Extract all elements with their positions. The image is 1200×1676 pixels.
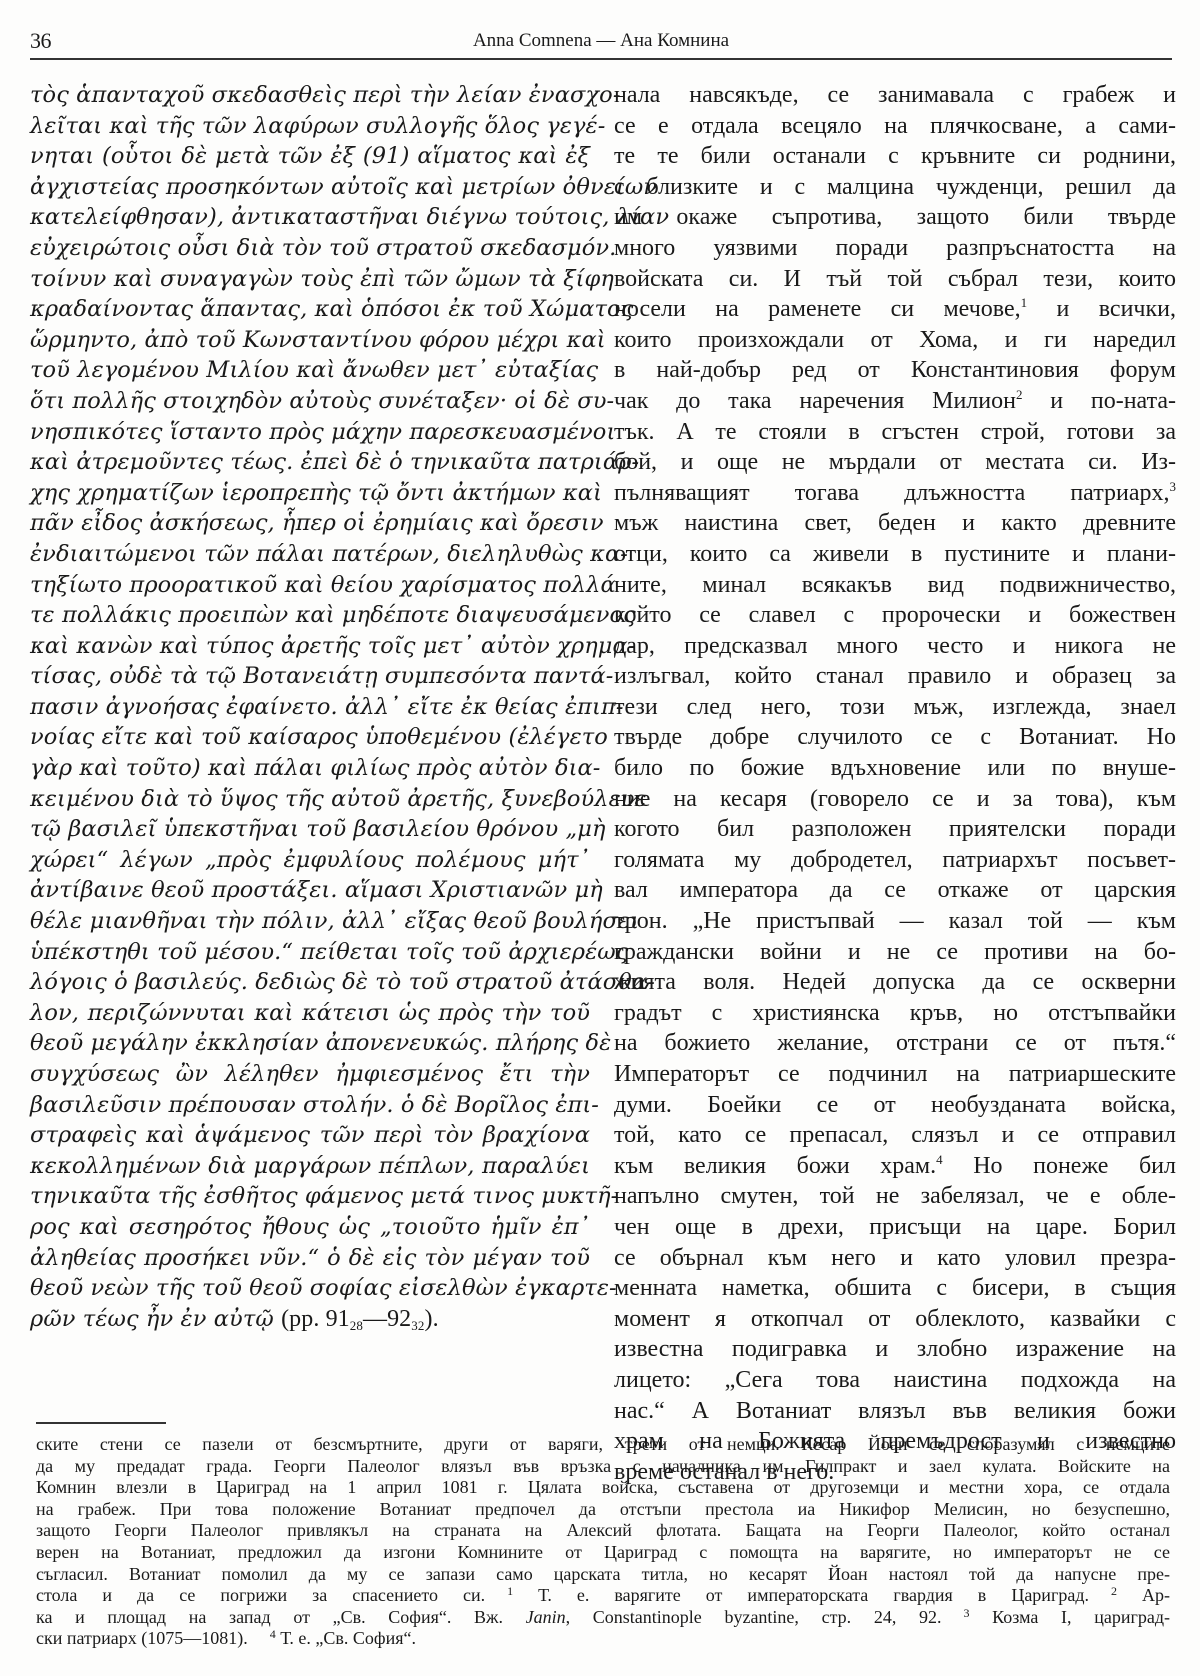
text: ски патриарх (1075—1081). [36,1628,248,1648]
greek-line: τίσας, οὐδὲ τὰ τῷ Βοτανειάτῃ συμπεσόντα … [30,661,590,692]
greek-line: κατελείφθησαν), ἀντικαταστῆναι διέγνω το… [30,202,590,233]
text: стола и да се погрижи за спасението си. [36,1585,485,1605]
greek-line: κεκολλημένων διὰ μαργάρων πέπλων, παραλύ… [30,1151,590,1182]
translation-line: трон. „Не пристъпвай — казал той — към [614,906,1176,937]
greek-line: τοῦ λεγομένου Μιλίου καὶ ἄνωθεν μετ᾽ εὐτ… [30,355,590,386]
text: ка и площад на запад от „Св. София“. Вж. [36,1607,503,1627]
greek-line: νησπικότες ἵσταντο πρὸς μάχην παρεσκευασ… [30,417,590,448]
footnote-line: стола и да се погрижи за спасението си.1… [36,1585,1170,1607]
footnote-line: на грабеж. При това положение Вотаниат п… [36,1499,1170,1521]
footnote-4-text: Т. е. „Св. София“. [280,1628,416,1648]
translation-line: се обърнал към него и като уловил презра… [614,1243,1176,1274]
greek-line: καὶ ἀτρεμοῦντες τέως. ἐπεὶ δὲ ὁ τηνικαῦτ… [30,447,590,478]
translation-line: на божието желание, отстрани се от пътя.… [614,1028,1176,1059]
translation-line: много уязвими поради разпръснатостта на [614,233,1176,264]
translation-line: им окаже съпротива, защото били твърде [614,202,1176,233]
greek-line: τε πολλάκις προειπὼν καὶ μηδέποτε διαψευ… [30,600,590,631]
greek-line: λεῖται καὶ τῆς τῶν λαφύρων συλλογῆς ὅλος… [30,111,590,142]
translation-line: войската си. И тъй той събрал тези, коит… [614,264,1176,295]
greek-line: ὥρμηντο, ἀπὸ τοῦ Κωνσταντίνου φόρου μέχρ… [30,325,590,356]
translation-line: които произхождали от Хома, и ги наредил [614,325,1176,356]
translation-line: тези след него, този мъж, изглежда, знае… [614,692,1176,723]
greek-text: ρῶν τέως ἦν ἐν αὐτῷ [30,1306,274,1332]
translation-line: менната наметка, обшита с бисери, в същи… [614,1273,1176,1304]
translation-line: дар, предсказвал много често и никога не [614,631,1176,662]
translation-line: в най-добър ред от Константиновия форум [614,355,1176,386]
translation-line: отци, които са живели в пустините и план… [614,539,1176,570]
greek-line: ἐνδιαιτώμενοι τῶν πάλαι πατέρων, διεληλυ… [30,539,590,570]
translation-line: се е отдала всецяло на плячкосване, а са… [614,111,1176,142]
greek-line: πασιν ἀγνοήσας ἐφαίνετο. ἀλλ᾽ εἴτε ἐκ θε… [30,692,590,723]
ref-prefix: (pp. 91 [281,1306,350,1332]
text: към великия божи храм. [614,1153,936,1179]
translation-line: голямата му добродетел, патриархът посъв… [614,845,1176,876]
translation-line: с близките и с малцина чужденци, решил д… [614,172,1176,203]
greek-line: κειμένου διὰ τὸ ὕψος τῆς αὐτοῦ ἀρετῆς, ξ… [30,784,590,815]
text: , Constantinople byzantine, стр. 24, 92. [566,1607,942,1627]
greek-line: θεοῦ μεγάλην ἐκκλησίαν ἀπονενευκώς. πλήρ… [30,1028,590,1059]
translation-line: тък. А те стояли в сгъстен строй, готови… [614,417,1176,448]
translation-line: излъгвал, който станал правило и образец… [614,661,1176,692]
text: чак до така наречения Милион [614,388,1016,414]
greek-line: τηνικαῦτα τῆς ἐσθῆτος φάμενος μετά τινος… [30,1181,590,1212]
greek-line: γὰρ καὶ τοῦτο) καὶ πάλαι φιλίως πρὸς αὐτ… [30,753,590,784]
footnote-line: да му предадат града. Георги Палеолог вл… [36,1456,1170,1478]
ref-subscript: 28 [350,1318,363,1333]
translation-line: мъж наистина свет, беден и както древнит… [614,508,1176,539]
bulgarian-translation-column: нала навсякъде, се занимавала с грабеж и… [614,80,1176,1487]
footnote-line: съгласил. Вотаниат помолил да му се запа… [36,1564,1170,1586]
greek-line: τῷ βασιλεῖ ὑπεκστῆναι τοῦ βασιλείου θρόν… [30,814,590,845]
footnote-marker: 3 [1170,479,1177,494]
translation-line: момент я откопчал от облеклото, казвайки… [614,1304,1176,1335]
greek-line: ἀντίβαινε θεοῦ προστάξει. αἵμασι Χριστια… [30,875,590,906]
footnote-3-text: Козма I, цариград- [992,1607,1170,1627]
page-reference: (pp. 9128—9232). [281,1306,439,1332]
translation-line: било по божие вдъхновение или по внуше- [614,753,1176,784]
header-rule [30,58,1172,60]
translation-line: който се славел с пророчески и божествен [614,600,1176,631]
footnote-number: 4 [270,1627,276,1641]
translation-line: те те били останали с кръвните си роднин… [614,141,1176,172]
greek-line: στραφεὶς καὶ ἁψάμενος τῶν περὶ τὸν βραχί… [30,1120,590,1151]
greek-line: ἀγχιστείας προσηκόντων αὐτοῖς καὶ μετρίω… [30,172,590,203]
footnote-1-text: Т. е. варягите от императорската гвардия… [538,1585,1089,1605]
greek-line: ὅτι πολλῆς στοιχηδὸν αὐτοὺς συνέταξεν· ο… [30,386,590,417]
translation-line: нала навсякъде, се занимавала с грабеж и [614,80,1176,111]
translation-line: нас.“ А Вотаниат влязъл във великия божи [614,1396,1176,1427]
greek-line: ρος καὶ σεσηρότος ἤθους ὡς „τοιοῦτο ἡμῖν… [30,1212,590,1243]
translation-line: бой, и още не мърдали от местата си. Из- [614,447,1176,478]
greek-line: τὸς ἁπανταχοῦ σκεδασθεὶς περὶ τὴν λείαν … [30,80,590,111]
translation-line: вал императора да се откаже от царския [614,875,1176,906]
text: и всички, [1027,296,1176,322]
translation-line: известна подигравка и злобно изражение н… [614,1334,1176,1365]
greek-line: χώρει“ λέγων „πρὸς ἐμφυλίους πολέμους μή… [30,845,590,876]
footnote-line-last: ски патриарх (1075—1081).4 Т. е. „Св. Со… [36,1628,1170,1650]
greek-line: ἀληθείας προσήκει νῦν.“ ὁ δὲ εἰς τὸν μέγ… [30,1243,590,1274]
greek-line: χης χρηματίζων ἱεροπρεπὴς τῷ ὄντι ἀκτήμω… [30,478,590,509]
ref-mid: —92 [363,1306,411,1332]
translation-line-with-footnote: пълняващият тогава длъжността патриарх,3 [614,478,1176,509]
translation-line: думи. Боейки се от необузданата войска, [614,1090,1176,1121]
ref-suffix: ). [425,1306,439,1332]
greek-line: θεοῦ νεὼν τῆς τοῦ θεοῦ σοφίας εἰσελθὼν ἐ… [30,1273,590,1304]
translation-line-with-footnote: към великия божи храм.4 Но понеже бил [614,1151,1176,1182]
footnotes: ските стени се пазели от безсмъртните, д… [36,1434,1170,1650]
greek-line: νοίας εἴτε καὶ τοῦ καίσαρος ὑποθεμένου (… [30,722,590,753]
footnote-2-text: Ар- [1142,1585,1170,1605]
greek-text-column: τὸς ἁπανταχοῦ σκεδασθεὶς περὶ τὴν λείαν … [30,80,590,1334]
greek-line: εὐχειρώτοις οὖσι διὰ τὸν τοῦ στρατοῦ σκε… [30,233,590,264]
greek-line: θέλε μιανθῆναι τὴν πόλιν, ἀλλ᾽ εἴξας θεο… [30,906,590,937]
translation-line: когото бил разположен приятелски поради [614,814,1176,845]
translation-line: лицето: „Сега това наистина подхожда на [614,1365,1176,1396]
greek-line: τηξίωτο προορατικοῦ καὶ θείου χαρίσματος… [30,570,590,601]
footnote-number: 2 [1111,1584,1117,1598]
translation-line: ните, минал всякакъв вид подвижничество, [614,570,1176,601]
cited-author: Janin [526,1607,566,1627]
greek-line: ὑπέκστηθι τοῦ μέσου.“ πείθεται τοῖς τοῦ … [30,937,590,968]
greek-line: λόγοις ὁ βασιλεύς. δεδιὼς δὲ τὸ τοῦ στρα… [30,967,590,998]
greek-line-last: ρῶν τέως ἦν ἐν αὐτῷ (pp. 9128—9232). [30,1304,590,1335]
translation-line-with-footnote: чак до така наречения Милион2 и по-ната- [614,386,1176,417]
translation-line: чен още в дрехи, присъщи на царе. Борил [614,1212,1176,1243]
greek-line: βασιλεῦσιν πρέπουσαν στολήν. ὁ δὲ Βορῖλο… [30,1090,590,1121]
footnote-line: верен на Вотаниат, предложил да изгони К… [36,1542,1170,1564]
greek-line: καὶ κανὼν καὶ τύπος ἀρετῆς τοῖς μετ᾽ αὐτ… [30,631,590,662]
translation-line: ние на кесаря (говорело се и за това), к… [614,784,1176,815]
text: Но понеже бил [943,1153,1176,1179]
greek-line: τοίνυν καὶ συναγαγὼν τοὺς ἐπὶ τῶν ὤμων τ… [30,264,590,295]
translation-line: граждански войни и не се противи на бо- [614,937,1176,968]
translation-line: жията воля. Недей допуска да се оскверни [614,967,1176,998]
footnote-line: защото Георги Палеолог привлякъл на стра… [36,1520,1170,1542]
footnote-line: Комнин влезли в Цариград на 1 април 1081… [36,1477,1170,1499]
greek-line: συγχύσεως ὢν λέληθεν ἠμφιεσμένος ἔτι τὴν [30,1059,590,1090]
translation-line: той, като се препасал, слязъл и се отпра… [614,1120,1176,1151]
text: пълняващият тогава длъжността патриарх, [614,480,1170,506]
greek-line: πᾶν εἶδος ἀσκήσεως, ἧπερ οἱ ἐρημίαις καὶ… [30,508,590,539]
text: носели на раменете си мечове, [614,296,1021,322]
text: и по-ната- [1022,388,1176,414]
footnote-number: 1 [507,1584,513,1598]
greek-line: λον, περιζώννυται καὶ κάτεισι ὡς πρὸς τὴ… [30,998,590,1029]
running-title: Anna Comnena — Ана Комнина [30,30,1172,52]
translation-line: градът с християнска кръв, но отстъпвайк… [614,998,1176,1029]
greek-line: νηται (οὗτοι δὲ μετὰ τῶν ἐξ (91) αἵματος… [30,141,590,172]
footnote-line: ските стени се пазели от безсмъртните, д… [36,1434,1170,1456]
translation-line: Императорът се подчинил на патриаршескит… [614,1059,1176,1090]
footnote-line: ка и площад на запад от „Св. София“. Вж.… [36,1607,1170,1629]
footnote-number: 3 [964,1606,970,1620]
translation-line-with-footnote: носели на раменете си мечове,1 и всички, [614,294,1176,325]
translation-line: твърде добре случилото се с Вотаниат. Но [614,722,1176,753]
footnote-rule [36,1422,166,1424]
greek-line: κραδαίνοντας ἅπαντας, καὶ ὁπόσοι ἐκ τοῦ … [30,294,590,325]
page-header: 36 Anna Comnena — Ана Комнина [30,22,1172,58]
ref-subscript: 32 [411,1318,424,1333]
translation-line: напълно смутен, той не забелязал, че е о… [614,1181,1176,1212]
